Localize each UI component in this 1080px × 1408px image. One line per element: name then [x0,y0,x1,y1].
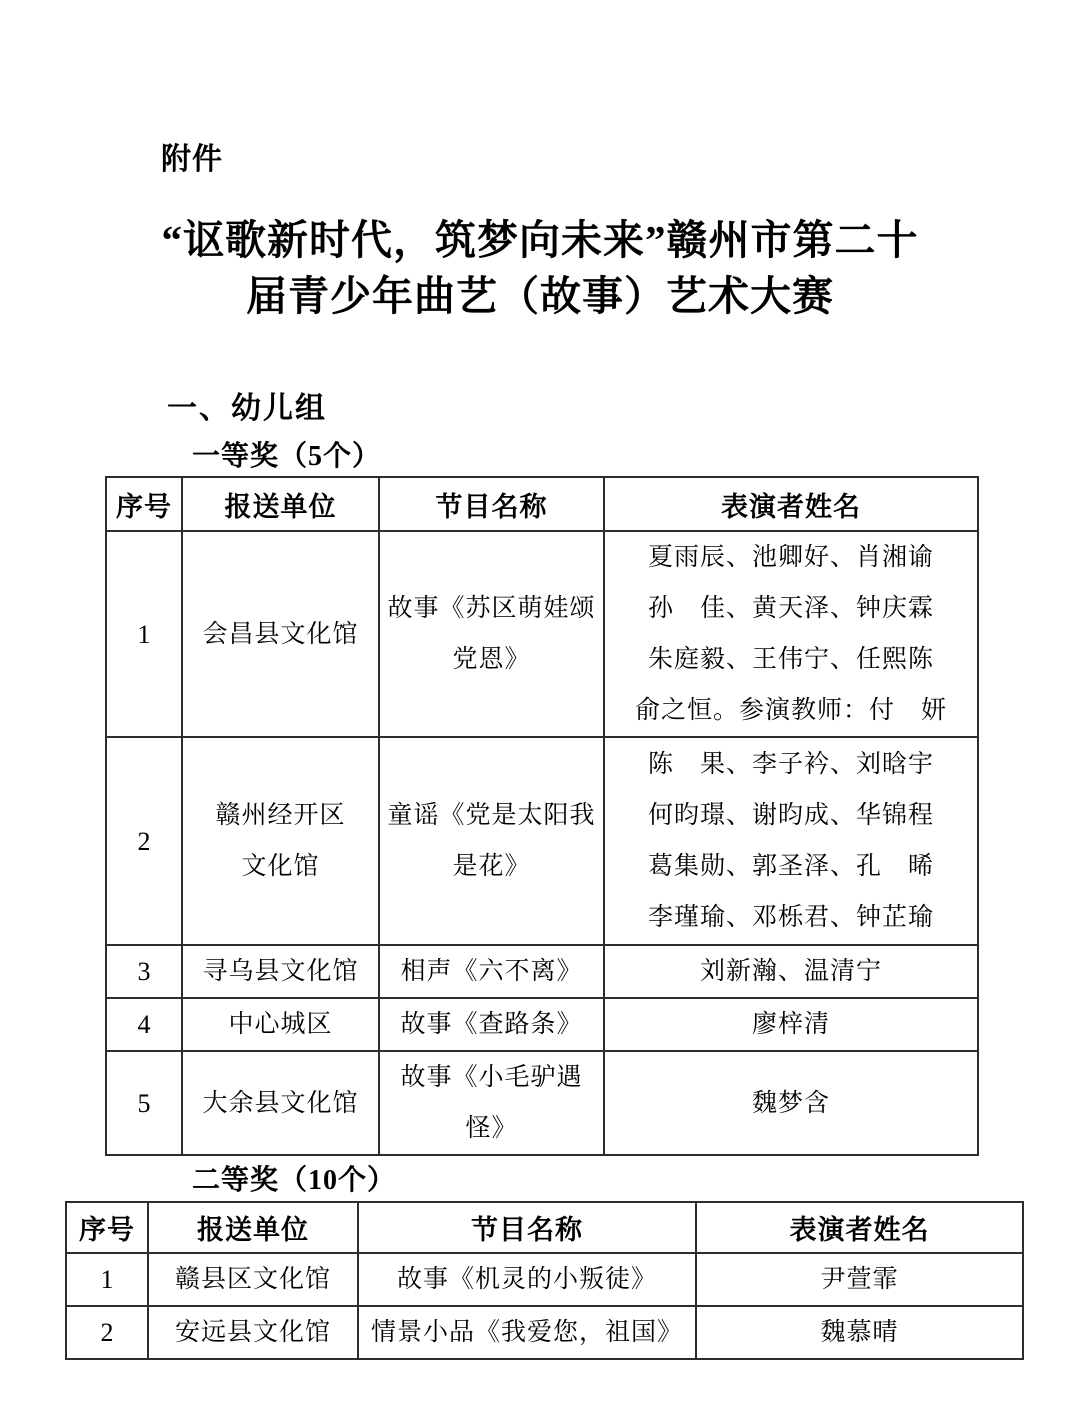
cell-unit: 会昌县文化馆 [182,531,379,737]
cell-serial: 4 [106,998,182,1051]
cell-serial: 5 [106,1051,182,1155]
cell-performers: 陈 果、李子衿、刘晗宇 何昀璟、谢昀成、华锦程 葛集勋、郭圣泽、孔 晞 李瑾瑜、… [604,737,978,945]
cell-program: 相声《六不离》 [379,945,604,998]
cell-performers: 尹萱霏 [696,1253,1023,1306]
document-page: 附件 “讴歌新时代，筑梦向未来”赣州市第二十 届青少年曲艺（故事）艺术大赛 一、… [0,0,1080,1408]
cell-serial: 1 [66,1253,148,1306]
table-header-row: 序号 报送单位 节目名称 表演者姓名 [66,1202,1023,1253]
col-header-program: 节目名称 [379,477,604,531]
col-header-performers: 表演者姓名 [604,477,978,531]
col-header-serial: 序号 [106,477,182,531]
cell-performers: 魏慕晴 [696,1306,1023,1359]
cell-performers: 夏雨辰、池卿好、肖湘谕 孙 佳、黄天泽、钟庆霖 朱庭毅、王伟宁、任熙陈 俞之恒。… [604,531,978,737]
first-prize-table: 序号 报送单位 节目名称 表演者姓名 1 会昌县文化馆 故事《苏区萌娃颂 党恩》… [105,476,979,1156]
cell-program: 情景小品《我爱您，祖国》 [358,1306,696,1359]
col-header-program: 节目名称 [358,1202,696,1253]
cell-program: 故事《小毛驴遇 怪》 [379,1051,604,1155]
table-row: 5 大余县文化馆 故事《小毛驴遇 怪》 魏梦含 [106,1051,978,1155]
cell-program: 故事《机灵的小叛徒》 [358,1253,696,1306]
cell-unit: 中心城区 [182,998,379,1051]
cell-serial: 3 [106,945,182,998]
cell-unit: 安远县文化馆 [148,1306,358,1359]
second-prize-table: 序号 报送单位 节目名称 表演者姓名 1 赣县区文化馆 故事《机灵的小叛徒》 尹… [65,1201,1024,1360]
cell-serial: 1 [106,531,182,737]
cell-unit: 大余县文化馆 [182,1051,379,1155]
cell-program: 故事《苏区萌娃颂 党恩》 [379,531,604,737]
table-row: 4 中心城区 故事《查路条》 廖梓清 [106,998,978,1051]
cell-program: 童谣《党是太阳我 是花》 [379,737,604,945]
cell-unit: 赣县区文化馆 [148,1253,358,1306]
cell-program: 故事《查路条》 [379,998,604,1051]
cell-unit: 寻乌县文化馆 [182,945,379,998]
table-header-row: 序号 报送单位 节目名称 表演者姓名 [106,477,978,531]
table-row: 3 寻乌县文化馆 相声《六不离》 刘新瀚、温清宁 [106,945,978,998]
col-header-unit: 报送单位 [182,477,379,531]
attachment-label: 附件 [161,134,223,178]
cell-performers: 魏梦含 [604,1051,978,1155]
first-prize-heading: 一等奖（5个） [192,434,381,474]
col-header-unit: 报送单位 [148,1202,358,1253]
document-title-line2: 届青少年曲艺（故事）艺术大赛 [0,268,1080,324]
cell-unit: 赣州经开区 文化馆 [182,737,379,945]
cell-performers: 廖梓清 [604,998,978,1051]
col-header-performers: 表演者姓名 [696,1202,1023,1253]
table-row: 2 赣州经开区 文化馆 童谣《党是太阳我 是花》 陈 果、李子衿、刘晗宇 何昀璟… [106,737,978,945]
document-title-line1: “讴歌新时代，筑梦向未来”赣州市第二十 [0,212,1080,268]
document-title: “讴歌新时代，筑梦向未来”赣州市第二十 届青少年曲艺（故事）艺术大赛 [0,212,1080,324]
table-row: 1 会昌县文化馆 故事《苏区萌娃颂 党恩》 夏雨辰、池卿好、肖湘谕 孙 佳、黄天… [106,531,978,737]
col-header-serial: 序号 [66,1202,148,1253]
table-row: 2 安远县文化馆 情景小品《我爱您，祖国》 魏慕晴 [66,1306,1023,1359]
second-prize-heading: 二等奖（10个） [192,1158,396,1198]
table-row: 1 赣县区文化馆 故事《机灵的小叛徒》 尹萱霏 [66,1253,1023,1306]
cell-serial: 2 [106,737,182,945]
cell-serial: 2 [66,1306,148,1359]
group-heading: 一、幼儿组 [167,383,327,427]
cell-performers: 刘新瀚、温清宁 [604,945,978,998]
